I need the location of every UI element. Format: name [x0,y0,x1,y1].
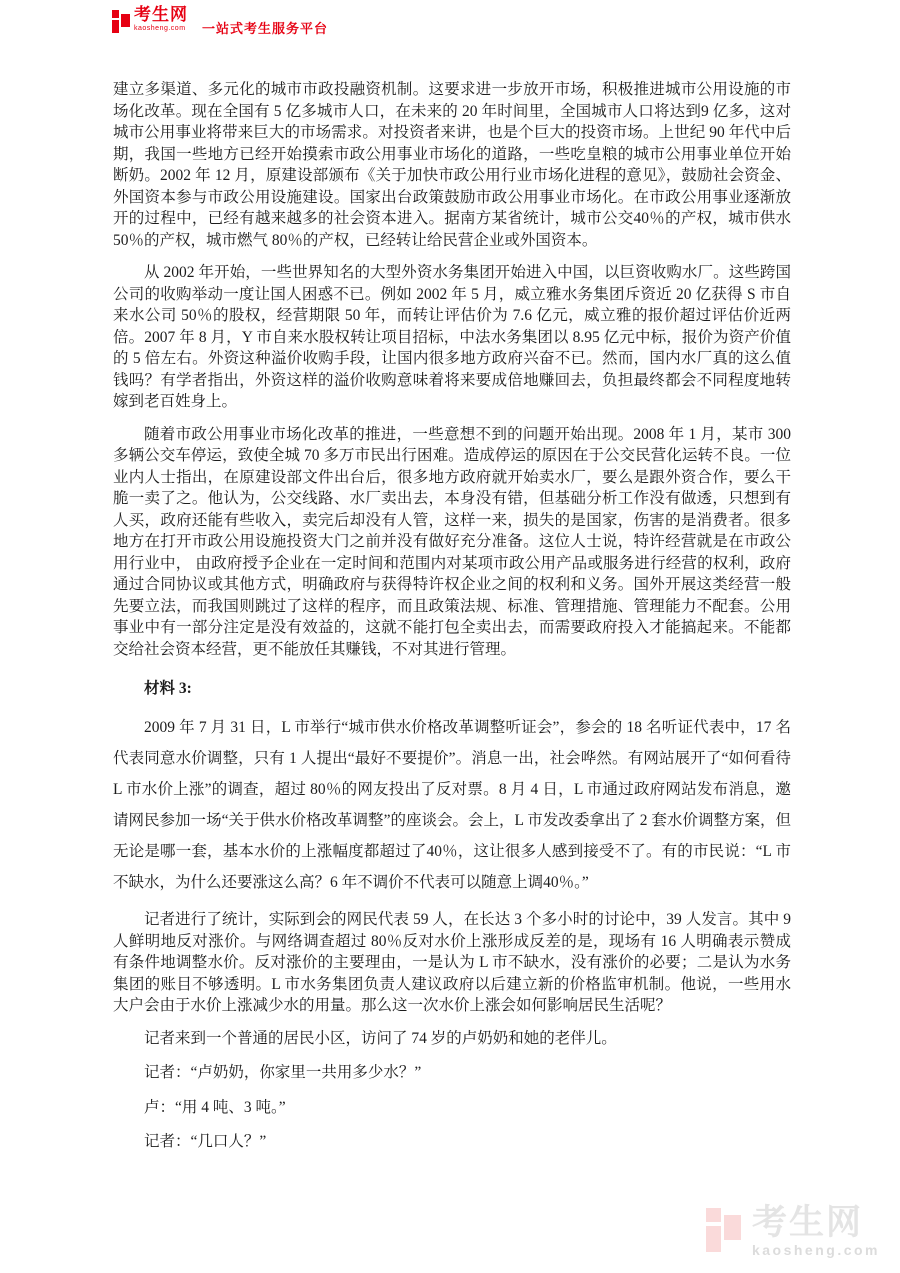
brand-tagline: 一站式考生服务平台 [202,18,328,37]
dialog-reporter-question-2: 记者：“几口人？” [113,1131,791,1153]
watermark-domain: kaosheng.com [752,1243,880,1257]
paragraph-hearing: 2009 年 7 月 31 日，L 市举行“城市供水价格改革调整听证会”，参会的… [113,712,791,898]
logo-block [112,20,119,33]
site-header: 考生网 kaosheng.com 一站式考生服务平台 [112,6,328,37]
document-content: 建立多渠道、多元化的城市市政投融资机制。这要求进一步放开市场，积极推进城市公用设… [113,79,791,1166]
watermark-name: 考生网 [752,1205,880,1240]
paragraph-foreign-acquisition: 从 2002 年开始，一些世界知名的大型外资水务集团开始进入中国，以巨资收购水厂… [113,262,791,413]
brand-domain: kaosheng.com [134,25,188,32]
watermark-text: 考生网 kaosheng.com [752,1205,880,1257]
material-3-heading: 材料 3: [113,676,791,698]
document-page: 考生网 kaosheng.com 一站式考生服务平台 建立多渠道、多元化的城市市… [0,0,900,1273]
logo-block [112,10,119,18]
paragraph-visit-grandma: 记者来到一个普通的居民小区，访问了 74 岁的卢奶奶和她的老伴儿。 [113,1028,791,1050]
watermark-block [706,1226,721,1252]
paragraph-reform-problems: 随着市政公用事业市场化改革的推进，一些意想不到的问题开始出现。2008 年 1 … [113,424,791,661]
dialog-reporter-question-1: 记者：“卢奶奶，你家里一共用多少水？” [113,1062,791,1084]
paragraph-reporter-statistics: 记者进行了统计，实际到会的网民代表 59 人，在长达 3 个多小时的讨论中，39… [113,909,791,1017]
watermark-block [724,1215,741,1240]
brand-text: 考生网 kaosheng.com [134,6,188,32]
kaosheng-watermark-icon [706,1207,742,1253]
paragraph-marketization: 建立多渠道、多元化的城市市政投融资机制。这要求进一步放开市场，积极推进城市公用设… [113,79,791,251]
logo-block [121,14,130,27]
dialog-lu-answer: 卢：“用 4 吨、3 吨。” [113,1097,791,1119]
brand-name: 考生网 [134,6,188,23]
kaosheng-logo-icon [112,9,130,34]
watermark-block [706,1208,721,1222]
kaosheng-watermark: 考生网 kaosheng.com [706,1205,880,1257]
